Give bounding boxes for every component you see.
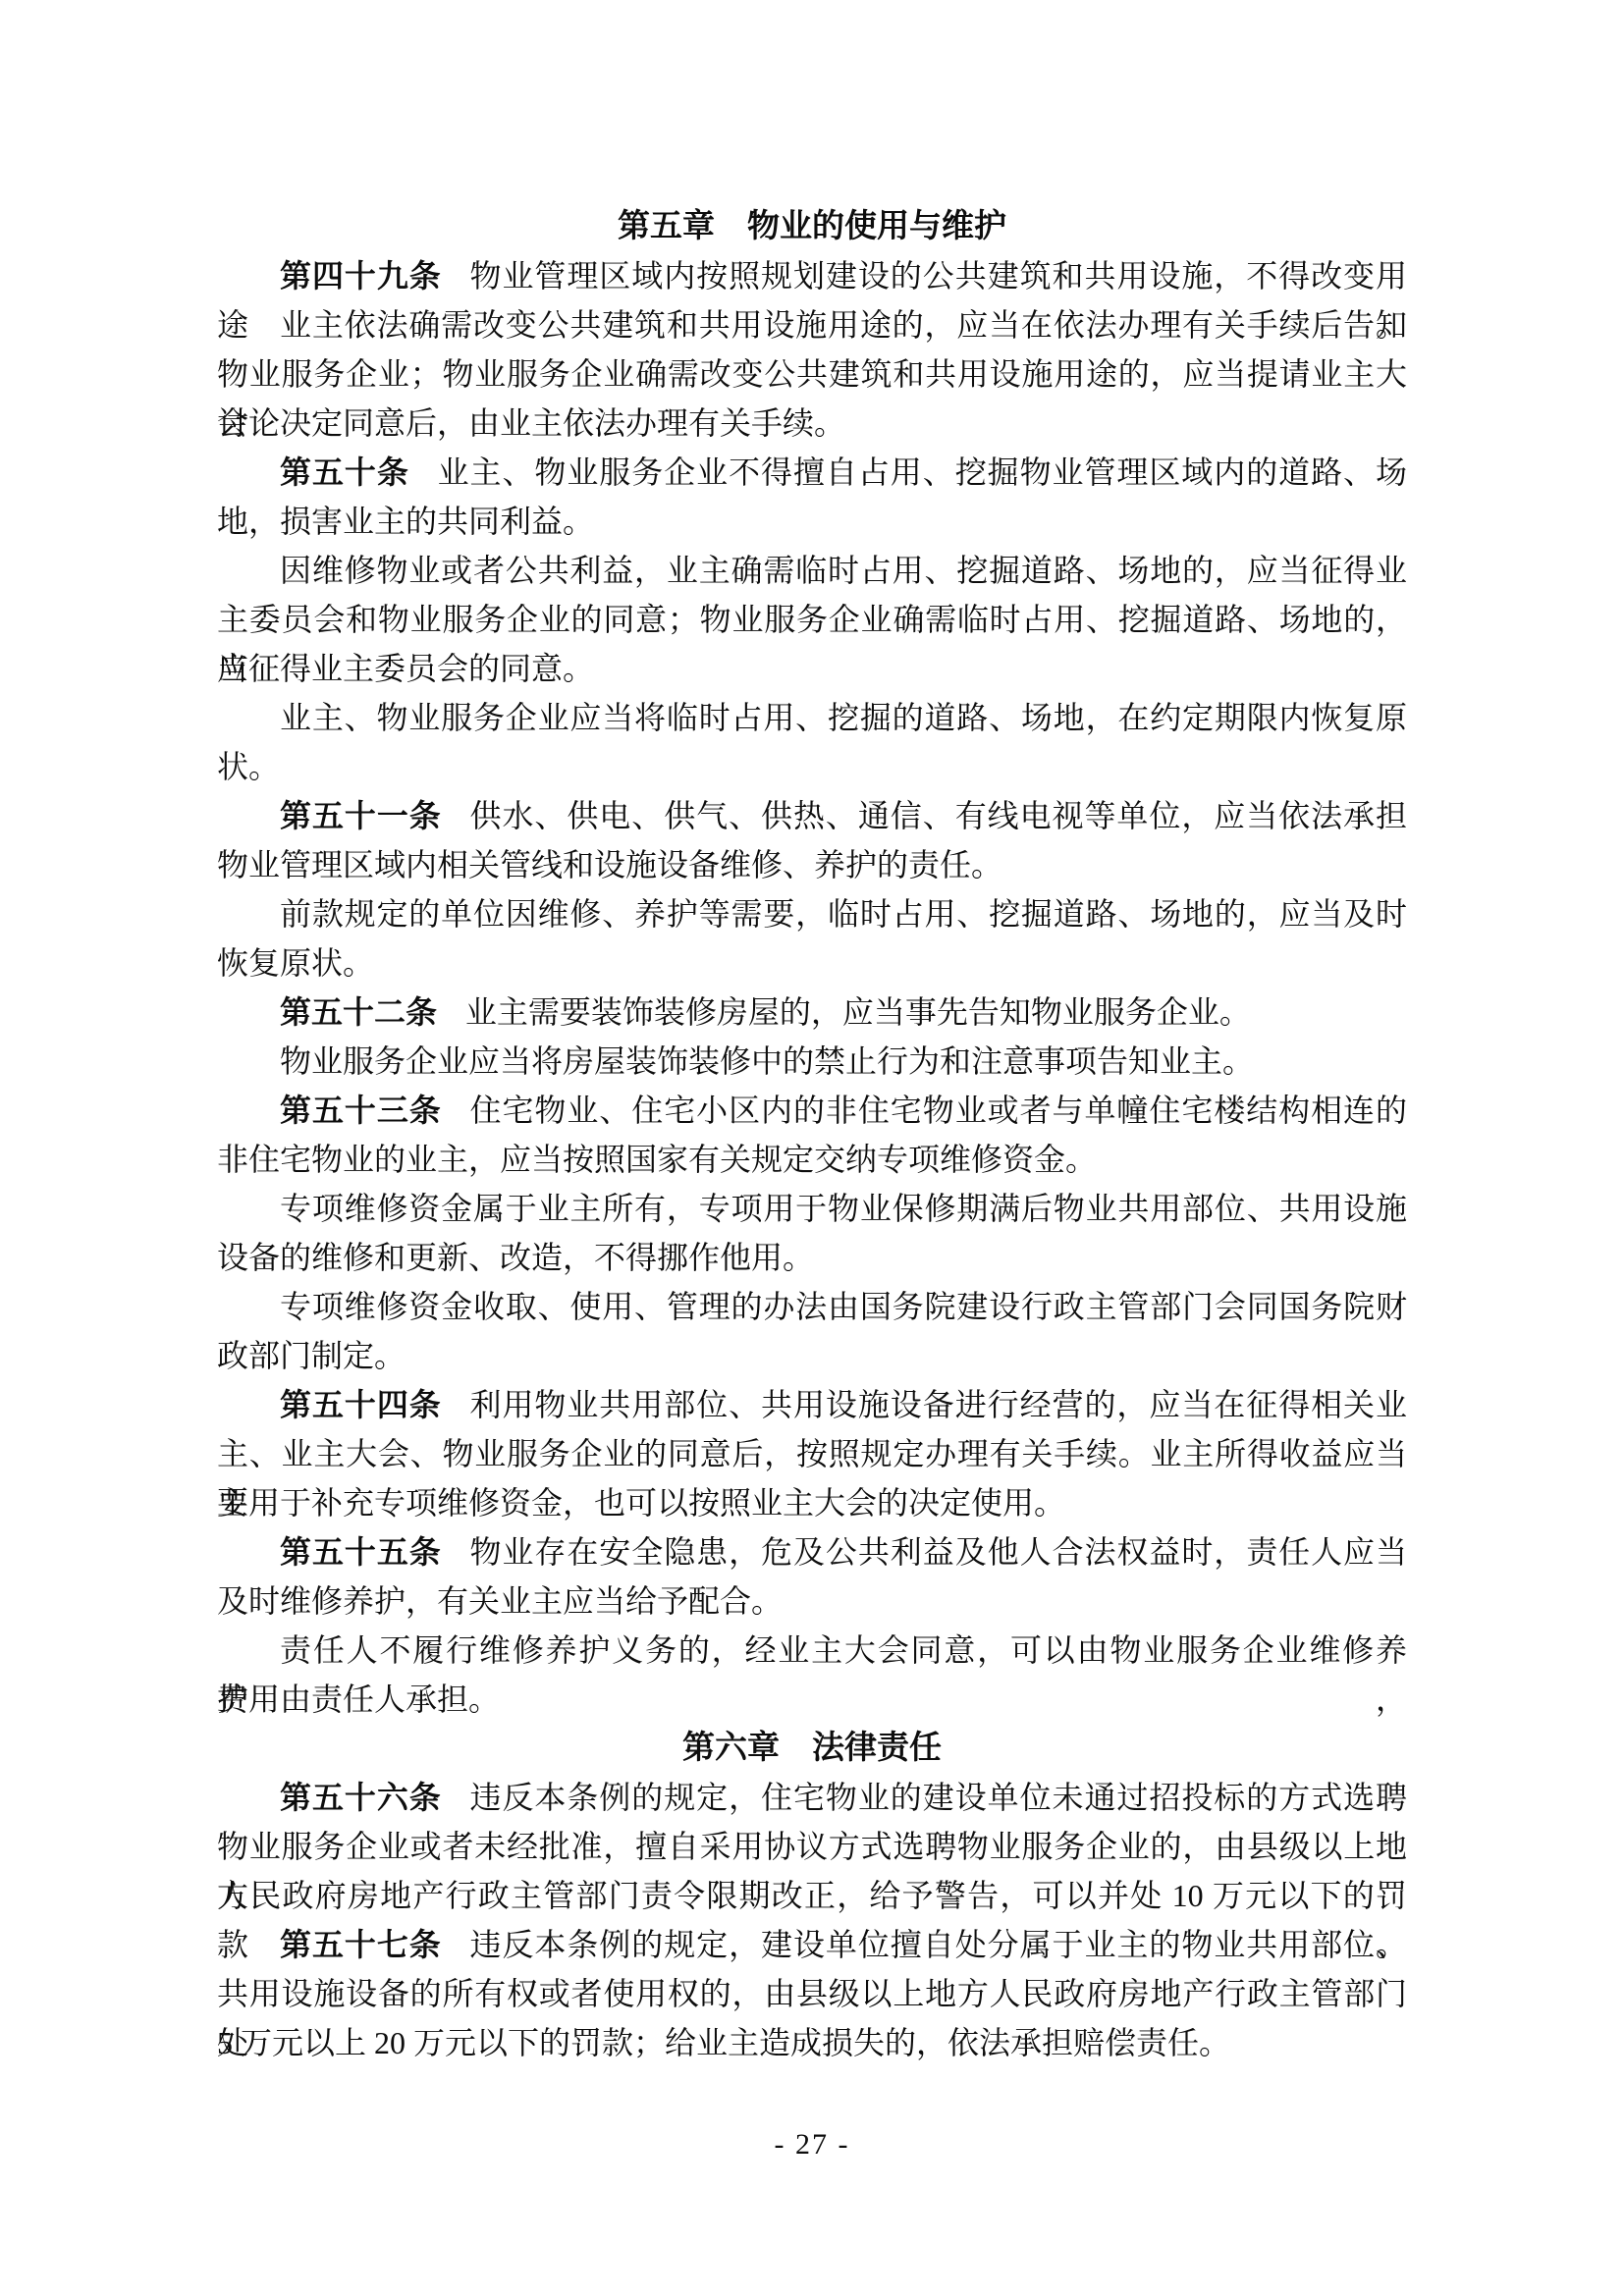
body-line: 专项维修资金收取、使用、管理的办法由国务院建设行政主管部门会同国务院财 [217, 1282, 1407, 1331]
line-text: 业主、物业服务企业应当将临时占用、挖掘的道路、场地，在约定期限内恢复原 [280, 700, 1407, 735]
article-first-line: 第五十七条违反本条例的规定，建设单位擅自处分属于业主的物业共用部位、 [217, 1920, 1407, 1969]
line-text: 业主、物业服务企业不得擅自占用、挖掘物业管理区域内的道路、场 [438, 454, 1407, 490]
article-first-line: 第五十五条物业存在安全隐患，危及公共利益及他人合法权益时，责任人应当 [217, 1527, 1407, 1576]
line-text: 物业服务企业应当将房屋装饰装修中的禁止行为和注意事项告知业主。 [280, 1043, 1254, 1079]
article-number: 第五十五条 [280, 1534, 442, 1570]
body-line: 因维修物业或者公共利益，业主确需临时占用、挖掘道路、场地的，应当征得业 [217, 546, 1407, 595]
article-number: 第五十三条 [280, 1093, 442, 1128]
document-page: { "page": { "background": "#ffffff", "te… [0, 0, 1624, 2296]
article-first-line: 第五十六条违反本条例的规定，住宅物业的建设单位未通过招投标的方式选聘 [217, 1773, 1407, 1822]
body-line: 物业服务企业或者未经批准，擅自采用协议方式选聘物业服务企业的，由县级以上地方 [217, 1822, 1407, 1871]
chapter-heading: 第五章 物业的使用与维护 [217, 202, 1407, 251]
article-first-line: 第五十二条业主需要装饰装修房屋的，应当事先告知物业服务企业。 [217, 988, 1407, 1037]
body-line: 业主、物业服务企业应当将临时占用、挖掘的道路、场地，在约定期限内恢复原 [217, 693, 1407, 742]
page-footer: - 27 - [0, 2120, 1624, 2169]
line-text: 违反本条例的规定，住宅物业的建设单位未通过招投标的方式选聘 [470, 1780, 1407, 1815]
line-text: 当征得业主委员会的同意。 [217, 651, 594, 686]
line-text: 费用由责任人承担。 [217, 1682, 500, 1717]
line-text: 第五章 物业的使用与维护 [618, 209, 1006, 244]
body-line: 当征得业主委员会的同意。 [217, 644, 1407, 693]
line-text: 第六章 法律责任 [682, 1731, 942, 1766]
line-text: 讨论决定同意后，由业主依法办理有关手续。 [217, 405, 845, 441]
body-line: 物业服务企业；物业服务企业确需改变公共建筑和共用设施用途的，应当提请业主大会 [217, 349, 1407, 399]
line-text: 地，损害业主的共同利益。 [217, 504, 594, 539]
body-line: 共用设施设备的所有权或者使用权的，由县级以上地方人民政府房地产行政主管部门处 [217, 1969, 1407, 2018]
article-first-line: 第五十四条利用物业共用部位、共用设施设备进行经营的，应当在征得相关业 [217, 1380, 1407, 1429]
body-line: 5 万元以上 20 万元以下的罚款；给业主造成损失的，依法承担赔偿责任。 [217, 2018, 1407, 2067]
line-text: 利用物业共用部位、共用设施设备进行经营的，应当在征得相关业 [470, 1387, 1407, 1422]
line-text: 物业存在安全隐患，危及公共利益及他人合法权益时，责任人应当 [470, 1534, 1407, 1570]
body-line: 要用于补充专项维修资金，也可以按照业主大会的决定使用。 [217, 1478, 1407, 1527]
article-number: 第五十条 [280, 454, 409, 490]
body-line: 业主依法确需改变公共建筑和共用设施用途的，应当在依法办理有关手续后告知 [217, 300, 1407, 349]
body-line: 地，损害业主的共同利益。 [217, 497, 1407, 546]
line-text: 要用于补充专项维修资金，也可以按照业主大会的决定使用。 [217, 1485, 1065, 1521]
article-first-line: 第五十一条供水、供电、供气、供热、通信、有线电视等单位，应当依法承担 [217, 791, 1407, 840]
body-line: 政部门制定。 [217, 1331, 1407, 1380]
document-body: 第五章 物业的使用与维护第四十九条物业管理区域内按照规划建设的公共建筑和共用设施… [217, 202, 1407, 2067]
line-text: 业主需要装饰装修房屋的，应当事先告知物业服务企业。 [465, 994, 1251, 1030]
article-number: 第五十七条 [280, 1927, 442, 1962]
article-number: 第五十四条 [280, 1387, 442, 1422]
body-line: 状。 [217, 742, 1407, 791]
article-number: 第四十九条 [280, 258, 442, 294]
line-text: 因维修物业或者公共利益，业主确需临时占用、挖掘道路、场地的，应当征得业 [280, 553, 1407, 588]
line-text: 供水、供电、供气、供热、通信、有线电视等单位，应当依法承担 [470, 798, 1407, 833]
line-text: 恢复原状。 [217, 945, 374, 981]
article-first-line: 第五十三条住宅物业、住宅小区内的非住宅物业或者与单幢住宅楼结构相连的 [217, 1086, 1407, 1135]
body-line: 物业服务企业应当将房屋装饰装修中的禁止行为和注意事项告知业主。 [217, 1037, 1407, 1086]
line-text: 非住宅物业的业主，应当按照国家有关规定交纳专项维修资金。 [217, 1142, 1097, 1177]
chapter-heading: 第六章 法律责任 [217, 1724, 1407, 1773]
article-number: 第五十六条 [280, 1780, 442, 1815]
body-line: 主委员会和物业服务企业的同意；物业服务企业确需临时占用、挖掘道路、场地的，应 [217, 595, 1407, 644]
body-line: 前款规定的单位因维修、养护等需要，临时占用、挖掘道路、场地的，应当及时 [217, 889, 1407, 938]
line-text: 业主依法确需改变公共建筑和共用设施用途的，应当在依法办理有关手续后告知 [280, 307, 1407, 343]
body-line: 讨论决定同意后，由业主依法办理有关手续。 [217, 399, 1407, 448]
line-text: 专项维修资金收取、使用、管理的办法由国务院建设行政主管部门会同国务院财 [280, 1289, 1407, 1324]
line-text: 前款规定的单位因维修、养护等需要，临时占用、挖掘道路、场地的，应当及时 [280, 896, 1407, 932]
body-line: 设备的维修和更新、改造，不得挪作他用。 [217, 1233, 1407, 1282]
body-line: 非住宅物业的业主，应当按照国家有关规定交纳专项维修资金。 [217, 1135, 1407, 1184]
line-text: 专项维修资金属于业主所有，专项用于物业保修期满后物业共用部位、共用设施 [280, 1191, 1407, 1226]
line-text: 物业管理区域内相关管线和设施设备维修、养护的责任。 [217, 847, 1002, 882]
line-text: 状。 [217, 749, 280, 784]
body-line: 及时维修养护，有关业主应当给予配合。 [217, 1576, 1407, 1626]
page-sheet: 第五章 物业的使用与维护第四十九条物业管理区域内按照规划建设的公共建筑和共用设施… [0, 0, 1624, 2296]
line-text: 违反本条例的规定，建设单位擅自处分属于业主的物业共用部位、 [470, 1927, 1407, 1962]
body-line: 人民政府房地产行政主管部门责令限期改正，给予警告，可以并处 10 万元以下的罚款… [217, 1871, 1407, 1920]
article-number: 第五十一条 [280, 798, 442, 833]
body-line: 物业管理区域内相关管线和设施设备维修、养护的责任。 [217, 840, 1407, 889]
article-first-line: 第五十条业主、物业服务企业不得擅自占用、挖掘物业管理区域内的道路、场 [217, 448, 1407, 497]
article-number: 第五十二条 [280, 994, 437, 1030]
body-line: 恢复原状。 [217, 938, 1407, 988]
article-first-line: 第四十九条物业管理区域内按照规划建设的公共建筑和共用设施，不得改变用途。 [217, 251, 1407, 300]
body-line: 主、业主大会、物业服务企业的同意后，按照规定办理有关手续。业主所得收益应当主 [217, 1429, 1407, 1478]
line-text: 及时维修养护，有关业主应当给予配合。 [217, 1583, 783, 1619]
body-line: 责任人不履行维修养护义务的，经业主大会同意，可以由物业服务企业维修养护， [217, 1626, 1407, 1675]
line-text: 政部门制定。 [217, 1338, 406, 1373]
page-number: - 27 - [775, 2128, 850, 2161]
line-text: 设备的维修和更新、改造，不得挪作他用。 [217, 1240, 814, 1275]
line-text: 5 万元以上 20 万元以下的罚款；给业主造成损失的，依法承担赔偿责任。 [217, 2025, 1230, 2060]
line-text: 住宅物业、住宅小区内的非住宅物业或者与单幢住宅楼结构相连的 [470, 1093, 1407, 1128]
body-line: 专项维修资金属于业主所有，专项用于物业保修期满后物业共用部位、共用设施 [217, 1184, 1407, 1233]
